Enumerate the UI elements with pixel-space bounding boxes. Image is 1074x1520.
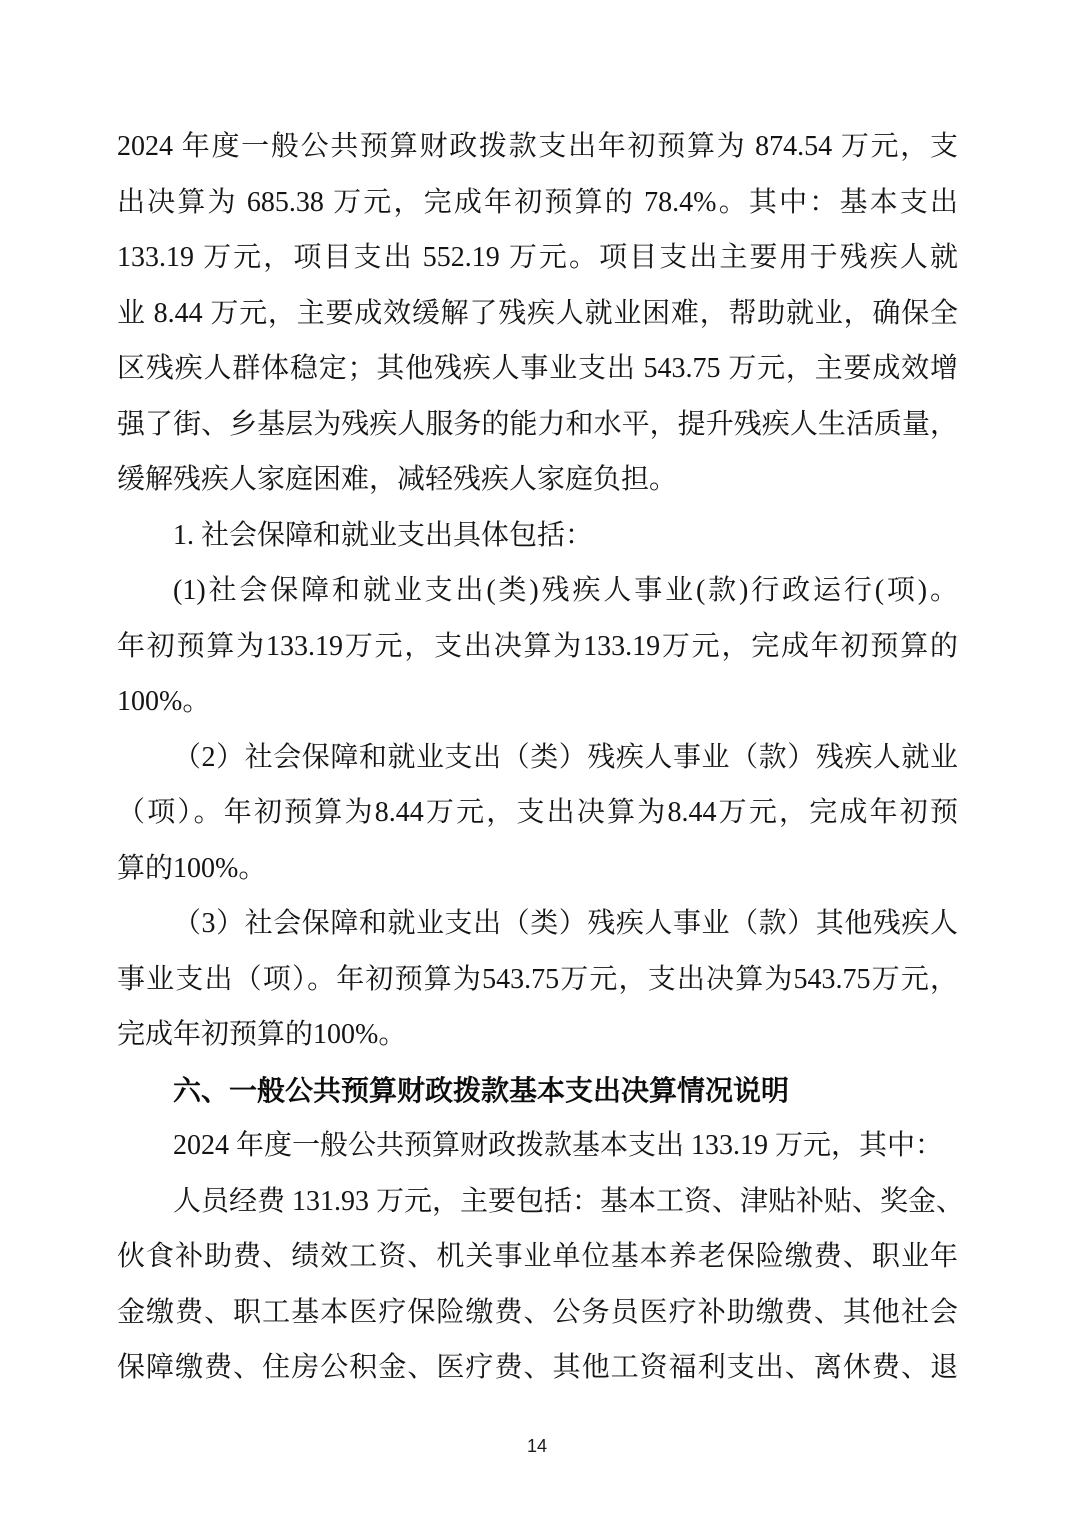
- section-heading-text: 六、一般公共预算财政拨款基本支出决算情况说明: [117, 1063, 958, 1119]
- text-line: 缓解残疾人家庭困难，减轻残疾人家庭负担。: [117, 452, 958, 508]
- text-line: （2）社会保障和就业支出（类）残疾人事业（款）残疾人就业: [117, 730, 958, 786]
- text-line: （项）。年初预算为8.44万元，支出决算为8.44万元，完成年初预: [117, 785, 958, 841]
- text-line: 人员经费 131.93 万元，主要包括：基本工资、津贴补贴、奖金、: [117, 1174, 958, 1230]
- text-line: （3）社会保障和就业支出（类）残疾人事业（款）其他残疾人: [117, 896, 958, 952]
- text-line: 133.19 万元，项目支出 552.19 万元。项目支出主要用于残疾人就: [117, 230, 958, 286]
- text-line: (1)社会保障和就业支出(类)残疾人事业(款)行政运行(项)。: [117, 563, 958, 619]
- text-line: 金缴费、职工基本医疗保险缴费、公务员医疗补助缴费、其他社会: [117, 1285, 958, 1341]
- text-line: 2024 年度一般公共预算财政拨款支出年初预算为 874.54 万元，支: [117, 119, 958, 175]
- paragraph: 人员经费 131.93 万元，主要包括：基本工资、津贴补贴、奖金、 伙食补助费、…: [117, 1174, 958, 1396]
- paragraph: 2024 年度一般公共预算财政拨款基本支出 133.19 万元，其中：: [117, 1118, 958, 1174]
- document-page: 2024 年度一般公共预算财政拨款支出年初预算为 874.54 万元，支 出决算…: [0, 0, 1074, 1520]
- text-line: 事业支出（项）。年初预算为543.75万元，支出决算为543.75万元，: [117, 952, 958, 1008]
- page-number: 14: [0, 1433, 1074, 1459]
- text-line: 算的100%。: [117, 841, 958, 897]
- text-line: 业 8.44 万元，主要成效缓解了残疾人就业困难，帮助就业，确保全: [117, 286, 958, 342]
- text-line: 2024 年度一般公共预算财政拨款基本支出 133.19 万元，其中：: [117, 1118, 958, 1174]
- text-line: 年初预算为133.19万元，支出决算为133.19万元，完成年初预算的: [117, 619, 958, 675]
- text-line: 伙食补助费、绩效工资、机关事业单位基本养老保险缴费、职业年: [117, 1229, 958, 1285]
- text-line: 保障缴费、住房公积金、医疗费、其他工资福利支出、离休费、退: [117, 1340, 958, 1396]
- text-line: 区残疾人群体稳定；其他残疾人事业支出 543.75 万元，主要成效增: [117, 341, 958, 397]
- paragraph: 2024 年度一般公共预算财政拨款支出年初预算为 874.54 万元，支 出决算…: [117, 119, 958, 508]
- document-body: 2024 年度一般公共预算财政拨款支出年初预算为 874.54 万元，支 出决算…: [117, 119, 958, 1396]
- paragraph: (1)社会保障和就业支出(类)残疾人事业(款)行政运行(项)。 年初预算为133…: [117, 563, 958, 730]
- text-line: 强了街、乡基层为残疾人服务的能力和水平，提升残疾人生活质量，: [117, 397, 958, 453]
- text-line: 完成年初预算的100%。: [117, 1007, 958, 1063]
- text-line: 出决算为 685.38 万元，完成年初预算的 78.4%。其中：基本支出: [117, 175, 958, 231]
- text-line: 100%。: [117, 674, 958, 730]
- paragraph: （3）社会保障和就业支出（类）残疾人事业（款）其他残疾人 事业支出（项）。年初预…: [117, 896, 958, 1063]
- section-heading: 六、一般公共预算财政拨款基本支出决算情况说明: [117, 1063, 958, 1119]
- paragraph: （2）社会保障和就业支出（类）残疾人事业（款）残疾人就业 （项）。年初预算为8.…: [117, 730, 958, 897]
- text-line: 1. 社会保障和就业支出具体包括：: [117, 508, 958, 564]
- paragraph: 1. 社会保障和就业支出具体包括：: [117, 508, 958, 564]
